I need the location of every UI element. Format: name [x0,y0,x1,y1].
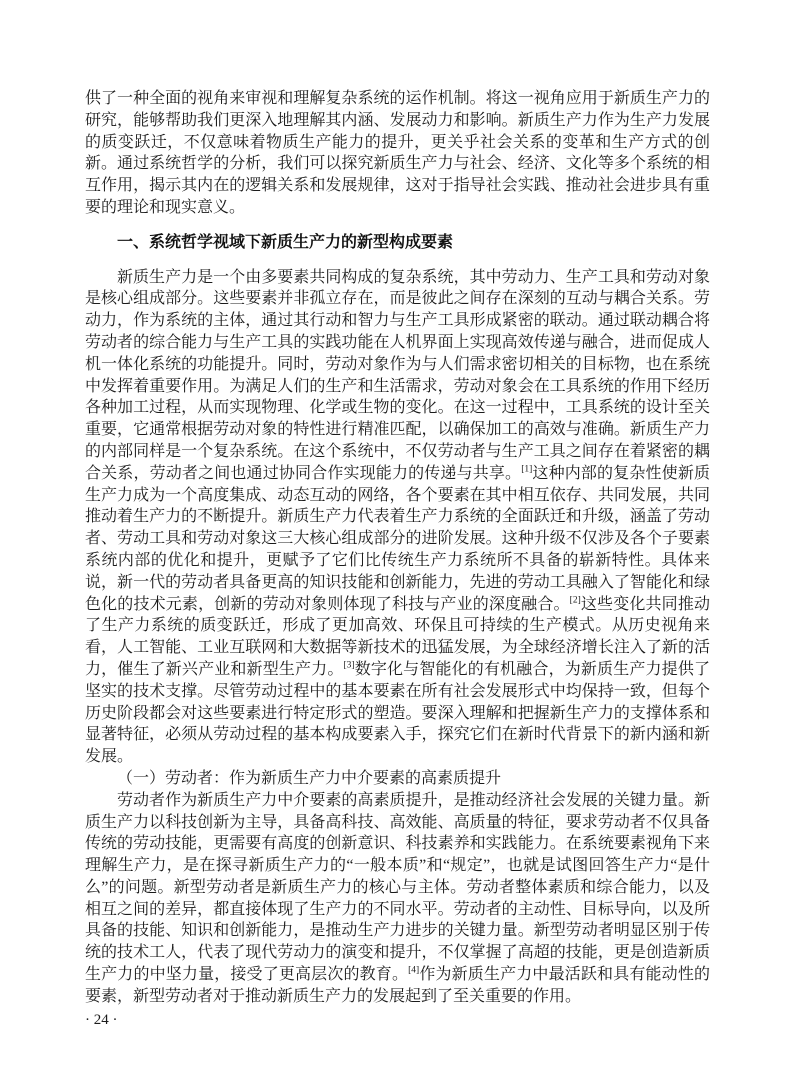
section-paragraph-part1: 新质生产力是一个由多要素共同构成的复杂系统，其中劳动力、生产工具和劳动对象是核心… [85,269,710,482]
intro-paragraph: 供了一种全面的视角来审视和理解复杂系统的运作机制。将这一视角应用于新质生产力的研… [85,88,710,219]
page-number: · 24 · [85,1010,710,1032]
subsection-heading: （一）劳动者：作为新质生产力中介要素的高素质提升 [85,768,710,790]
footnote-ref-3: [3] [343,661,354,671]
section-paragraph-part2: 这种内部的复杂性使新质生产力成为一个高度集成、动态互动的网络，各个要素在其中相互… [85,465,710,613]
footnote-ref-2: [2] [570,595,581,605]
section-heading: 一、系统哲学视域下新质生产力的新型构成要素 [85,232,710,254]
footnote-ref-4: [4] [408,966,419,976]
footnote-ref-1: [1] [521,464,532,474]
subsection-paragraph: 劳动者作为新质生产力中介要素的高素质提升，是推动经济社会发展的关键力量。新质生产… [85,790,710,1008]
subsection-paragraph-part1: 劳动者作为新质生产力中介要素的高素质提升，是推动经济社会发展的关键力量。新质生产… [85,792,710,983]
document-page: 供了一种全面的视角来审视和理解复杂系统的运作机制。将这一视角应用于新质生产力的研… [0,0,794,1077]
section-paragraph: 新质生产力是一个由多要素共同构成的复杂系统，其中劳动力、生产工具和劳动对象是核心… [85,267,710,768]
